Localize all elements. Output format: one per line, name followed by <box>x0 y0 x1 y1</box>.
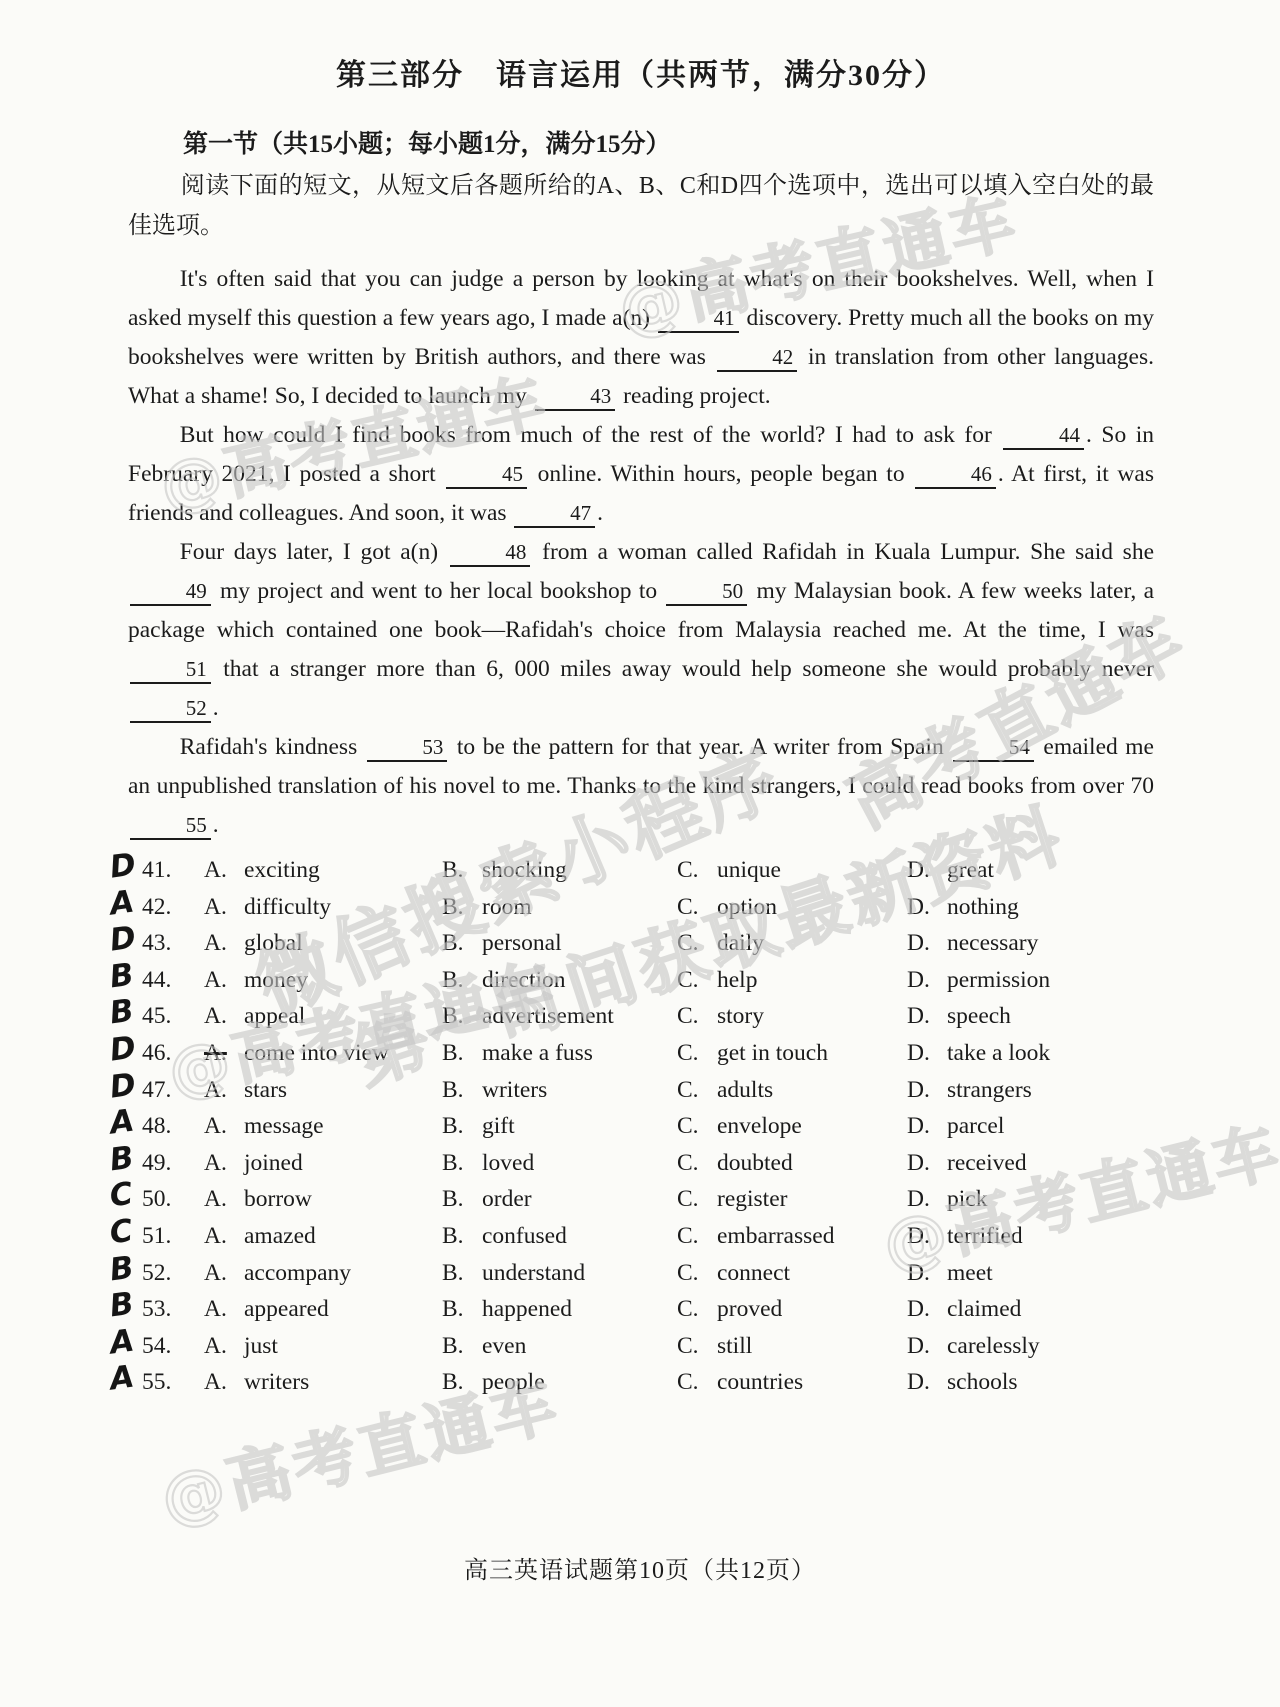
scanned-exam-page: { "header": { "part_title": "第三部分 语言运用（共… <box>0 0 1280 1707</box>
question-number: C50. <box>142 1186 204 1213</box>
option-letter: A. <box>204 857 244 884</box>
option-letter: B. <box>442 1333 482 1360</box>
part-title: 第三部分 语言运用（共两节，满分30分） <box>128 50 1154 94</box>
option-D: D.permission <box>907 967 1154 994</box>
question-row-50: C50.A.borrowB.orderC.registerD.pick <box>142 1186 1154 1223</box>
option-letter: C. <box>677 1223 717 1250</box>
cloze-blank-45: 45 <box>446 463 527 489</box>
handwritten-answer: B <box>108 1142 136 1176</box>
option-text: pick <box>947 1186 987 1212</box>
option-text: appeal <box>244 1003 305 1029</box>
option-B: B.understand <box>442 1260 677 1287</box>
option-D: D.nothing <box>907 894 1154 921</box>
option-text: permission <box>947 967 1050 993</box>
option-letter: C. <box>677 1296 717 1323</box>
option-text: room <box>482 894 532 920</box>
option-A: A.borrow <box>204 1186 442 1213</box>
passage-paragraph: Rafidah's kindness 53 to be the pattern … <box>128 728 1154 845</box>
cloze-blank-53: 53 <box>367 736 448 762</box>
option-text: great <box>947 857 994 883</box>
option-letter: A. <box>204 894 244 921</box>
option-text: loved <box>482 1150 534 1176</box>
handwritten-answer: B <box>108 996 136 1030</box>
option-text: doubted <box>717 1150 793 1176</box>
question-row-42: A42.A.difficultyB.roomC.optionD.nothing <box>142 894 1154 931</box>
question-number: B49. <box>142 1150 204 1177</box>
instructions-text: 阅读下面的短文，从短文后各题所给的A、B、C和D四个选项中，选出可以填入空白处的… <box>128 166 1154 246</box>
option-B: B.personal <box>442 930 677 957</box>
option-letter: A. <box>204 1003 244 1030</box>
option-B: B.room <box>442 894 677 921</box>
option-text: embarrassed <box>717 1223 834 1249</box>
option-A: A.exciting <box>204 857 442 884</box>
option-C: C.adults <box>677 1077 907 1104</box>
option-D: D.meet <box>907 1260 1154 1287</box>
option-text: take a look <box>947 1040 1050 1066</box>
option-letter: A. <box>204 967 244 994</box>
passage-paragraph: Four days later, I got a(n) 48 from a wo… <box>128 533 1154 728</box>
section-title: 第一节（共15小题；每小题1分，满分15分） <box>128 124 1154 160</box>
option-text: connect <box>717 1260 790 1286</box>
option-D: D.received <box>907 1150 1154 1177</box>
handwritten-answer: C <box>108 1216 135 1250</box>
question-number: A55. <box>142 1369 204 1396</box>
option-C: C.connect <box>677 1260 907 1287</box>
option-letter: B. <box>442 1296 482 1323</box>
option-A: A.message <box>204 1113 442 1140</box>
question-row-55: A55.A.writersB.peopleC.countriesD.school… <box>142 1369 1154 1406</box>
option-letter: A. <box>204 1260 244 1287</box>
cloze-blank-52: 52 <box>130 697 211 723</box>
option-C: C.option <box>677 894 907 921</box>
option-text: personal <box>482 930 562 956</box>
option-A: A.money <box>204 967 442 994</box>
option-letter: D. <box>907 1003 947 1030</box>
question-row-48: A48.A.messageB.giftC.envelopeD.parcel <box>142 1113 1154 1150</box>
option-letter: D. <box>907 1113 947 1140</box>
option-text: necessary <box>947 930 1038 956</box>
option-A: A.global <box>204 930 442 957</box>
option-text: terrified <box>947 1223 1023 1249</box>
option-letter: A. <box>204 1186 244 1213</box>
option-text: even <box>482 1333 526 1359</box>
option-letter: D. <box>907 1077 947 1104</box>
option-D: D.great <box>907 857 1154 884</box>
option-letter: C. <box>677 1369 717 1396</box>
option-letter: C. <box>677 1003 717 1030</box>
question-row-49: B49.A.joinedB.lovedC.doubtedD.received <box>142 1150 1154 1187</box>
handwritten-answer: D <box>108 923 138 957</box>
option-D: D.schools <box>907 1369 1154 1396</box>
option-B: B.advertisement <box>442 1003 677 1030</box>
option-B: B.order <box>442 1186 677 1213</box>
option-letter: D. <box>907 1333 947 1360</box>
handwritten-answer: B <box>108 959 136 993</box>
option-B: B.direction <box>442 967 677 994</box>
option-letter: C. <box>677 857 717 884</box>
option-letter: C. <box>677 1150 717 1177</box>
option-letter: B. <box>442 1223 482 1250</box>
option-letter: D. <box>907 1186 947 1213</box>
option-C: C.daily <box>677 930 907 957</box>
option-text: advertisement <box>482 1003 614 1029</box>
question-number: D41. <box>142 857 204 884</box>
cloze-blank-50: 50 <box>666 580 747 606</box>
option-C: C.help <box>677 967 907 994</box>
option-B: B.even <box>442 1333 677 1360</box>
option-text: writers <box>244 1369 309 1395</box>
option-text: nothing <box>947 894 1019 920</box>
cloze-blank-44: 44 <box>1003 424 1084 450</box>
cloze-blank-54: 54 <box>953 736 1034 762</box>
option-C: C.countries <box>677 1369 907 1396</box>
question-number: D43. <box>142 930 204 957</box>
option-C: C.story <box>677 1003 907 1030</box>
option-A: A.stars <box>204 1077 442 1104</box>
option-letter: A. <box>204 1296 244 1323</box>
option-letter: C. <box>677 967 717 994</box>
option-letter: A. <box>204 1077 244 1104</box>
option-text: joined <box>244 1150 303 1176</box>
option-text: speech <box>947 1003 1011 1029</box>
option-text: order <box>482 1186 532 1212</box>
option-text: direction <box>482 967 566 993</box>
option-letter: D. <box>907 1040 947 1067</box>
handwritten-answer: C <box>108 1179 135 1213</box>
option-D: D.parcel <box>907 1113 1154 1140</box>
cloze-blank-51: 51 <box>130 658 211 684</box>
option-A: A.writers <box>204 1369 442 1396</box>
option-letter: D. <box>907 1150 947 1177</box>
option-A: A.come into view <box>204 1040 442 1067</box>
option-letter: A. <box>204 930 244 957</box>
option-text: people <box>482 1369 545 1395</box>
option-A: A.difficulty <box>204 894 442 921</box>
option-B: B.people <box>442 1369 677 1396</box>
option-text: still <box>717 1333 752 1359</box>
option-text: confused <box>482 1223 567 1249</box>
option-D: D.terrified <box>907 1223 1154 1250</box>
option-letter: B. <box>442 1113 482 1140</box>
cloze-blank-48: 48 <box>450 541 531 567</box>
option-text: adults <box>717 1077 773 1103</box>
handwritten-answer: D <box>108 1032 138 1066</box>
cloze-blank-41: 41 <box>658 307 739 333</box>
option-B: B.writers <box>442 1077 677 1104</box>
option-A: A.just <box>204 1333 442 1360</box>
option-C: C.unique <box>677 857 907 884</box>
option-text: money <box>244 967 308 993</box>
option-text: exciting <box>244 857 320 883</box>
option-letter: B. <box>442 1369 482 1396</box>
option-letter: C. <box>677 1260 717 1287</box>
option-text: come into view <box>244 1040 389 1066</box>
option-text: unique <box>717 857 781 883</box>
option-C: C.register <box>677 1186 907 1213</box>
cloze-blank-42: 42 <box>717 346 798 372</box>
option-text: parcel <box>947 1113 1004 1139</box>
cloze-blank-46: 46 <box>915 463 996 489</box>
question-row-47: D47.A.starsB.writersC.adultsD.strangers <box>142 1077 1154 1114</box>
handwritten-answer: B <box>108 1289 136 1323</box>
option-text: countries <box>717 1369 803 1395</box>
option-text: difficulty <box>244 894 331 920</box>
option-letter: B. <box>442 1260 482 1287</box>
option-D: D.speech <box>907 1003 1154 1030</box>
option-A: A.accompany <box>204 1260 442 1287</box>
handwritten-answer: B <box>108 1252 136 1286</box>
option-D: D.claimed <box>907 1296 1154 1323</box>
option-letter: C. <box>677 1077 717 1104</box>
question-number: A48. <box>142 1113 204 1140</box>
option-text: proved <box>717 1296 782 1322</box>
option-letter: B. <box>442 1040 482 1067</box>
option-text: get in touch <box>717 1040 828 1066</box>
passage-paragraph: But how could I find books from much of … <box>128 416 1154 533</box>
cloze-passage: It's often said that you can judge a per… <box>128 260 1154 845</box>
question-number: B53. <box>142 1296 204 1323</box>
option-letter: D. <box>907 930 947 957</box>
option-C: C.still <box>677 1333 907 1360</box>
question-number: A42. <box>142 894 204 921</box>
question-row-44: B44.A.moneyB.directionC.helpD.permission <box>142 967 1154 1004</box>
option-letter: A. <box>204 1113 244 1140</box>
option-letter: C. <box>677 1040 717 1067</box>
option-text: global <box>244 930 303 956</box>
handwritten-answer: A <box>108 886 136 920</box>
option-C: C.get in touch <box>677 1040 907 1067</box>
question-row-51: C51.A.amazedB.confusedC.embarrassedD.ter… <box>142 1223 1154 1260</box>
option-letter: C. <box>677 894 717 921</box>
option-C: C.doubted <box>677 1150 907 1177</box>
option-letter: B. <box>442 967 482 994</box>
handwritten-answer: A <box>108 1362 136 1396</box>
handwritten-answer: A <box>108 1106 136 1140</box>
question-row-52: B52.A.accompanyB.understandC.connectD.me… <box>142 1260 1154 1297</box>
option-text: writers <box>482 1077 547 1103</box>
option-text: understand <box>482 1260 585 1286</box>
option-C: C.envelope <box>677 1113 907 1140</box>
question-row-43: D43.A.globalB.personalC.dailyD.necessary <box>142 930 1154 967</box>
option-letter: B. <box>442 1186 482 1213</box>
option-text: schools <box>947 1369 1018 1395</box>
question-row-45: B45.A.appealB.advertisementC.storyD.spee… <box>142 1003 1154 1040</box>
option-text: strangers <box>947 1077 1032 1103</box>
question-row-41: D41.A.excitingB.shockingC.uniqueD.great <box>142 857 1154 894</box>
option-B: B.shocking <box>442 857 677 884</box>
page-content: 第三部分 语言运用（共两节，满分30分） 第一节（共15小题；每小题1分，满分1… <box>128 50 1154 1406</box>
option-D: D.carelessly <box>907 1333 1154 1360</box>
option-text: help <box>717 967 757 993</box>
question-number: A54. <box>142 1333 204 1360</box>
page-footer: 高三英语试题第10页（共12页） <box>0 1550 1280 1585</box>
question-number: B52. <box>142 1260 204 1287</box>
option-A: A.joined <box>204 1150 442 1177</box>
question-row-53: B53.A.appearedB.happenedC.provedD.claime… <box>142 1296 1154 1333</box>
option-letter: B. <box>442 894 482 921</box>
option-text: borrow <box>244 1186 312 1212</box>
option-letter: C. <box>677 1186 717 1213</box>
option-A: A.appeal <box>204 1003 442 1030</box>
option-text: claimed <box>947 1296 1021 1322</box>
option-letter: B. <box>442 1150 482 1177</box>
option-text: amazed <box>244 1223 316 1249</box>
option-text: daily <box>717 930 764 956</box>
option-letter: D. <box>907 967 947 994</box>
option-text: gift <box>482 1113 515 1139</box>
option-text: just <box>244 1333 278 1359</box>
option-letter: B. <box>442 1003 482 1030</box>
option-text: register <box>717 1186 787 1212</box>
option-letter: B. <box>442 930 482 957</box>
option-text: story <box>717 1003 764 1029</box>
option-D: D.strangers <box>907 1077 1154 1104</box>
option-letter: D. <box>907 1369 947 1396</box>
question-row-54: A54.A.justB.evenC.stillD.carelessly <box>142 1333 1154 1370</box>
option-D: D.take a look <box>907 1040 1154 1067</box>
passage-paragraph: It's often said that you can judge a per… <box>128 260 1154 416</box>
option-letter: B. <box>442 857 482 884</box>
option-letter: C. <box>677 930 717 957</box>
cloze-blank-43: 43 <box>535 385 616 411</box>
option-A: A.appeared <box>204 1296 442 1323</box>
option-D: D.necessary <box>907 930 1154 957</box>
handwritten-answer: D <box>108 849 138 883</box>
option-text: received <box>947 1150 1027 1176</box>
questions-block: D41.A.excitingB.shockingC.uniqueD.greatA… <box>128 857 1154 1406</box>
option-C: C.embarrassed <box>677 1223 907 1250</box>
question-row-46: D46.A.come into viewB.make a fussC.get i… <box>142 1040 1154 1077</box>
option-letter: D. <box>907 1223 947 1250</box>
option-text: envelope <box>717 1113 802 1139</box>
option-letter: C. <box>677 1113 717 1140</box>
option-text: meet <box>947 1260 993 1286</box>
option-A: A.amazed <box>204 1223 442 1250</box>
question-number: B45. <box>142 1003 204 1030</box>
option-text: option <box>717 894 777 920</box>
option-letter: A. <box>204 1333 244 1360</box>
option-text: happened <box>482 1296 572 1322</box>
option-letter: D. <box>907 894 947 921</box>
option-letter: A. <box>204 1040 244 1067</box>
option-text: shocking <box>482 857 567 883</box>
option-letter: C. <box>677 1333 717 1360</box>
option-text: carelessly <box>947 1333 1040 1359</box>
handwritten-answer: D <box>108 1069 138 1103</box>
option-text: make a fuss <box>482 1040 593 1066</box>
option-B: B.loved <box>442 1150 677 1177</box>
option-letter: B. <box>442 1077 482 1104</box>
option-text: accompany <box>244 1260 351 1286</box>
handwritten-answer: A <box>108 1325 136 1359</box>
cloze-blank-49: 49 <box>130 580 211 606</box>
option-text: appeared <box>244 1296 329 1322</box>
question-number: D46. <box>142 1040 204 1067</box>
option-D: D.pick <box>907 1186 1154 1213</box>
option-text: stars <box>244 1077 287 1103</box>
option-B: B.confused <box>442 1223 677 1250</box>
option-letter: A. <box>204 1223 244 1250</box>
option-B: B.happened <box>442 1296 677 1323</box>
cloze-blank-47: 47 <box>514 502 595 528</box>
cloze-blank-55: 55 <box>130 814 211 840</box>
option-letter: D. <box>907 1260 947 1287</box>
option-letter: A. <box>204 1150 244 1177</box>
question-number: C51. <box>142 1223 204 1250</box>
question-number: B44. <box>142 967 204 994</box>
option-letter: A. <box>204 1369 244 1396</box>
option-letter: D. <box>907 857 947 884</box>
question-number: D47. <box>142 1077 204 1104</box>
option-text: message <box>244 1113 324 1139</box>
option-letter: D. <box>907 1296 947 1323</box>
option-B: B.make a fuss <box>442 1040 677 1067</box>
option-C: C.proved <box>677 1296 907 1323</box>
option-B: B.gift <box>442 1113 677 1140</box>
